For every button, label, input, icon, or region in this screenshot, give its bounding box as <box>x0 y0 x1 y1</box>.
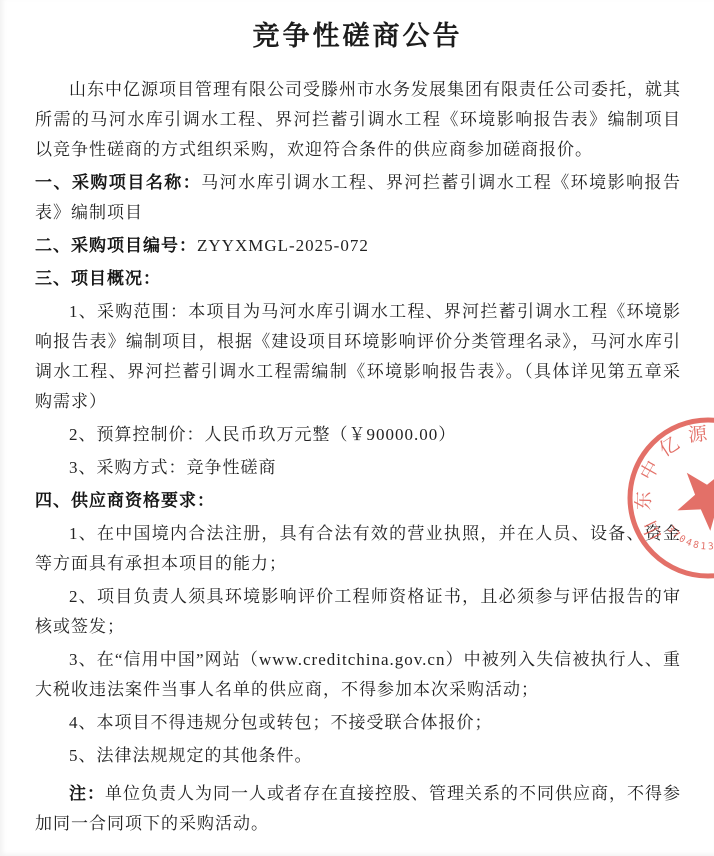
section-qualification-heading: 四、供应商资格要求： <box>35 486 681 516</box>
section-project-name: 一、采购项目名称：马河水库引调水工程、界河拦蓄引调水工程《环境影响报告表》编制项… <box>35 168 681 228</box>
intro-paragraph: 山东中亿源项目管理有限公司受滕州市水务发展集团有限责任公司委托，就其所需的马河水… <box>35 75 681 165</box>
overview-item-budget: 2、预算控制价：人民币玖万元整（￥90000.00） <box>35 420 681 450</box>
overview-item-scope: 1、采购范围：本项目为马河水库引调水工程、界河拦蓄引调水工程《环境影响报告表》编… <box>35 297 681 417</box>
section-qualification-label: 四、供应商资格要求： <box>35 491 215 510</box>
qualification-item-registration: 1、在中国境内合法注册，具有合法有效的营业执照，并在人员、设备、资金等方面具有承… <box>35 519 681 579</box>
section-project-name-label: 一、采购项目名称： <box>35 173 201 192</box>
qualification-item-certificate: 2、项目负责人须具环境影响评价工程师资格证书，且必须参与评估报告的审核或签发； <box>35 582 681 642</box>
section-project-number-label: 二、采购项目编号： <box>35 236 197 255</box>
qualification-item-other: 5、法律法规规定的其他条件。 <box>35 741 681 771</box>
announcement-document: 竞争性磋商公告 山东中亿源项目管理有限公司受滕州市水务发展集团有限责任公司委托，… <box>0 0 714 856</box>
section-project-number: 二、采购项目编号：ZYYXMGL-2025-072 <box>35 231 681 261</box>
note-text: 单位负责人为同一人或者存在直接控股、管理关系的不同供应商，不得参加同一合同项下的… <box>35 784 681 833</box>
qualification-item-creditchina: 3、在“信用中国”网站（www.creditchina.gov.cn）中被列入失… <box>35 645 681 705</box>
document-title: 竞争性磋商公告 <box>35 14 680 53</box>
section-overview-heading: 三、项目概况： <box>35 264 681 294</box>
section-overview-label: 三、项目概况： <box>35 269 161 288</box>
note-label: 注： <box>69 784 105 803</box>
qualification-item-subcontract: 4、本项目不得违规分包或转包；不接受联合体报价； <box>35 708 681 738</box>
note-paragraph: 注：单位负责人为同一人或者存在直接控股、管理关系的不同供应商，不得参加同一合同项… <box>35 779 681 839</box>
section-project-number-value: ZYYXMGL-2025-072 <box>197 236 369 255</box>
overview-item-method: 3、采购方式：竞争性磋商 <box>35 453 681 483</box>
